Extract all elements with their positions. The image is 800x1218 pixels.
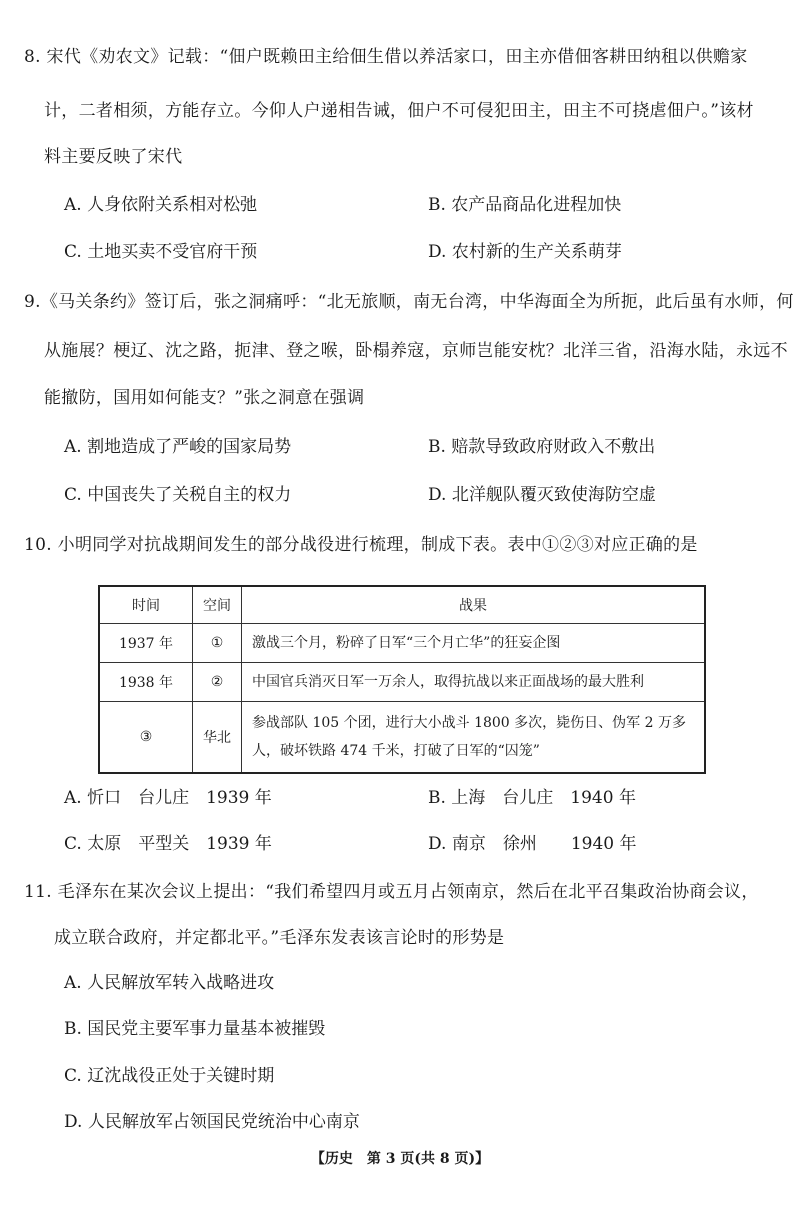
q11-option-b[interactable]: B. 国民党主要军事力量基本被摧毁 [64, 1018, 325, 1040]
q10-option-c[interactable]: C. 太原 平型关 1939 年 [64, 833, 272, 855]
q10-stem-line-1: 10. 小明同学对抗战期间发生的部分战役进行梳理，制成下表。表中①②③对应正确的… [24, 534, 698, 556]
q10-option-b[interactable]: B. 上海 台儿庄 1940 年 [428, 787, 636, 809]
cell-result: 激战三个月，粉碎了日军“三个月亡华”的狂妄企图 [242, 624, 706, 663]
cell-place: 华北 [193, 702, 242, 774]
cell-time: 1937 年 [99, 624, 193, 663]
cell-time: ③ [99, 702, 193, 774]
cell-result: 参战部队 105 个团，进行大小战斗 1800 多次，毙伤日、伪军 2 万多 人… [242, 702, 706, 774]
q11-option-a[interactable]: A. 人民解放军转入战略进攻 [64, 972, 274, 994]
q9-option-b[interactable]: B. 赔款导致政府财政入不敷出 [428, 436, 655, 458]
q8-option-a[interactable]: A. 人身依附关系相对松弛 [64, 194, 257, 216]
q9-option-d[interactable]: D. 北洋舰队覆灭致使海防空虚 [428, 484, 656, 506]
q8-stem-line-1: 8. 宋代《劝农文》记载：“佃户既赖田主给佃生借以养活家口，田主亦借佃客耕田纳租… [24, 46, 748, 68]
q11-stem-line-2: 成立联合政府，并定都北平。”毛泽东发表该言论时的形势是 [54, 927, 504, 949]
table-row: ③ 华北 参战部队 105 个团，进行大小战斗 1800 多次，毙伤日、伪军 2… [99, 702, 705, 774]
table-header-row: 时间 空间 战果 [99, 586, 705, 624]
q11-stem-line-1: 11. 毛泽东在某次会议上提出：“我们希望四月或五月占领南京，然后在北平召集政治… [24, 881, 759, 903]
q11-option-d[interactable]: D. 人民解放军占领国民党统治中心南京 [64, 1111, 360, 1133]
q9-option-a[interactable]: A. 割地造成了严峻的国家局势 [64, 436, 291, 458]
header-time: 时间 [99, 586, 193, 624]
q8-stem-line-3: 料主要反映了宋代 [44, 146, 182, 168]
q8-option-c[interactable]: C. 土地买卖不受官府干预 [64, 241, 257, 263]
cell-time: 1938 年 [99, 663, 193, 702]
cell-result: 中国官兵消灭日军一万余人，取得抗战以来正面战场的最大胜利 [242, 663, 706, 702]
q10-option-d[interactable]: D. 南京 徐州 1940 年 [428, 833, 637, 855]
q9-option-c[interactable]: C. 中国丧失了关税自主的权力 [64, 484, 291, 506]
page-footer: 【历史 第 3 页(共 8 页)】 [0, 1148, 800, 1168]
q9-stem-line-1: 9.《马关条约》签订后，张之洞痛呼：“北无旅顺，南无台湾，中华海面全为所扼，此后… [24, 291, 794, 313]
q11-option-c[interactable]: C. 辽沈战役正处于关键时期 [64, 1065, 274, 1087]
cell-result-line-1: 参战部队 105 个团，进行大小战斗 1800 多次，毙伤日、伪军 2 万多 [252, 709, 698, 737]
header-place: 空间 [193, 586, 242, 624]
q9-stem-line-3: 能撤防，国用如何能支？”张之洞意在强调 [44, 387, 364, 409]
q10-option-a[interactable]: A. 忻口 台儿庄 1939 年 [64, 787, 272, 809]
header-result: 战果 [242, 586, 706, 624]
q9-stem-line-2: 从施展？梗辽、沈之路，扼津、登之喉，卧榻养寇，京师岂能安枕？北洋三省，沿海水陆，… [44, 340, 788, 362]
q8-option-d[interactable]: D. 农村新的生产关系萌芽 [428, 241, 622, 263]
q8-option-b[interactable]: B. 农产品商品化进程加快 [428, 194, 621, 216]
cell-place: ② [193, 663, 242, 702]
q8-stem-line-2: 计，二者相须，方能存立。今仰人户递相告诫，佃户不可侵犯田主，田主不可挠虐佃户。”… [44, 100, 754, 122]
battle-table: 时间 空间 战果 1937 年 ① 激战三个月，粉碎了日军“三个月亡华”的狂妄企… [98, 585, 706, 774]
table-row: 1938 年 ② 中国官兵消灭日军一万余人，取得抗战以来正面战场的最大胜利 [99, 663, 705, 702]
cell-place: ① [193, 624, 242, 663]
cell-result-line-2: 人，破坏铁路 474 千米，打破了日军的“囚笼” [252, 737, 698, 765]
table-row: 1937 年 ① 激战三个月，粉碎了日军“三个月亡华”的狂妄企图 [99, 624, 705, 663]
